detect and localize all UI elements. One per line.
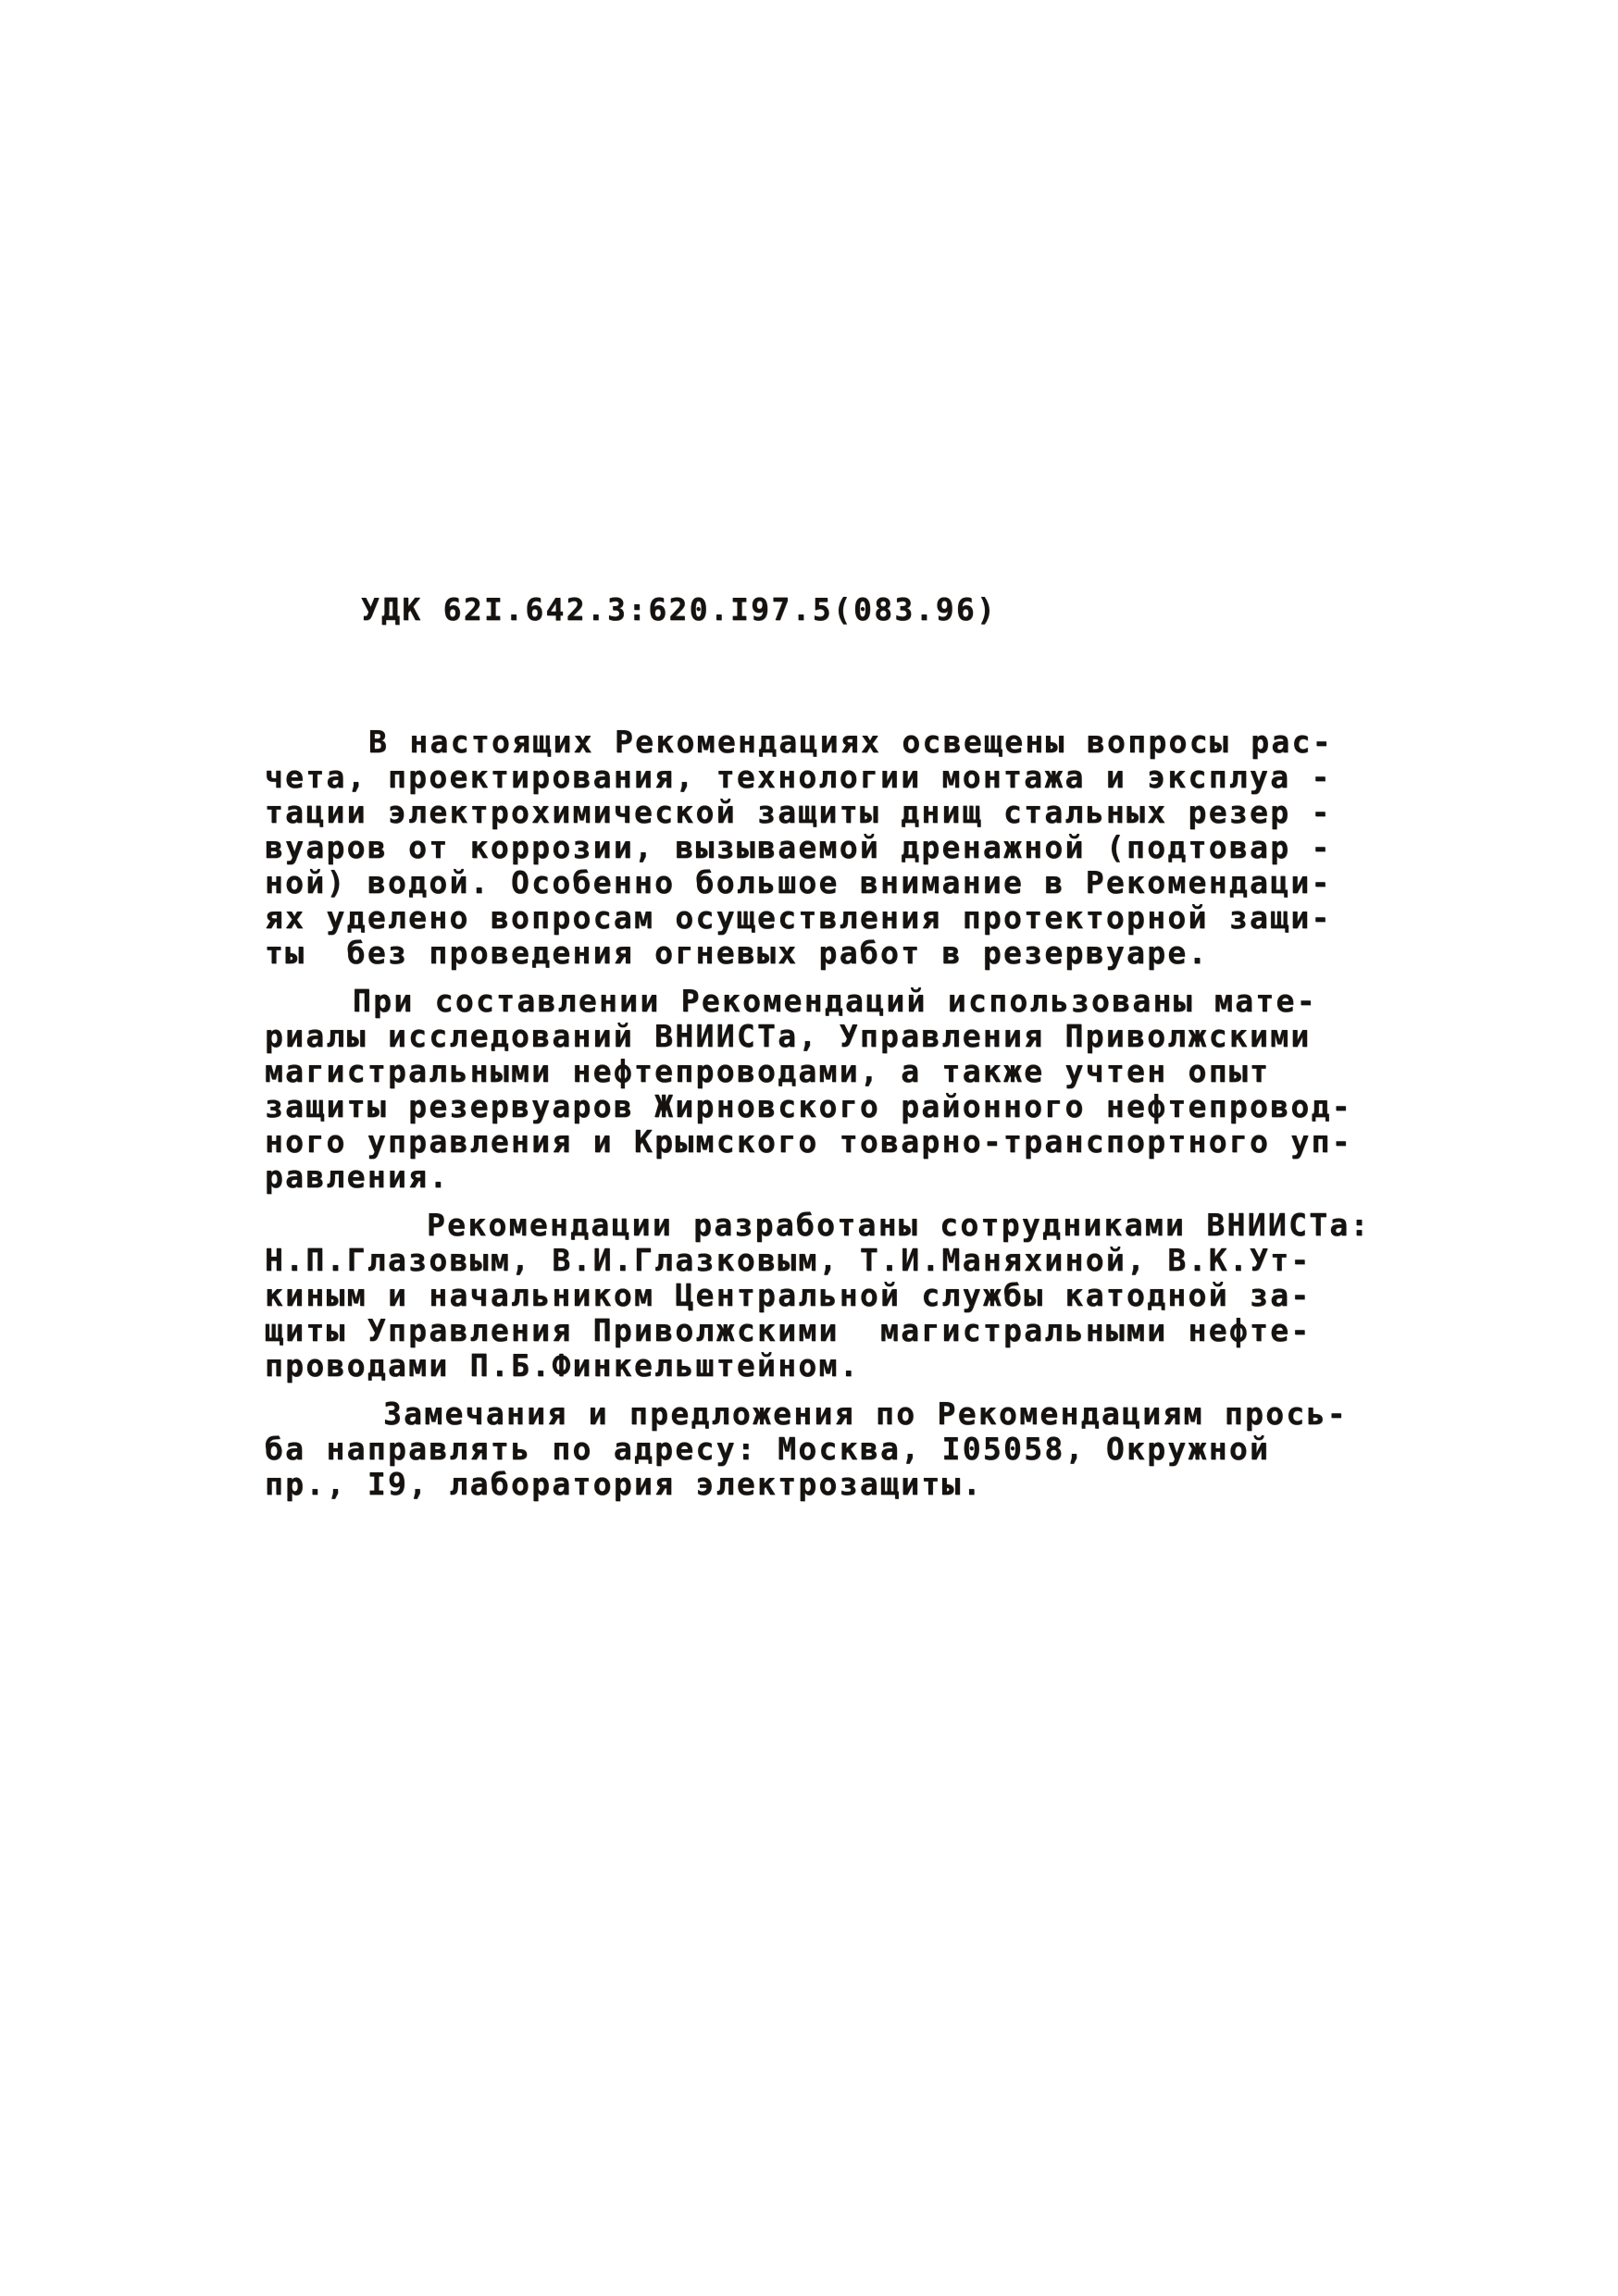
paragraph-abstract: В настоящих Рекомендациях освещены вопро… xyxy=(265,725,1389,971)
udc-classification-line: УДК 62I.642.3:620.I97.5(083.96) xyxy=(361,592,997,627)
paragraph-feedback-address: Замечания и предложения по Рекомендациям… xyxy=(265,1396,1389,1502)
scanned-document-page: УДК 62I.642.3:620.I97.5(083.96) В настоя… xyxy=(0,0,1618,2296)
paragraph-sources: При составлении Рекомендаций использован… xyxy=(265,984,1389,1195)
paragraph-authors: Рекомендации разработаны сотрудниками ВН… xyxy=(265,1208,1389,1384)
document-body: В настоящих Рекомендациях освещены вопро… xyxy=(265,725,1389,1515)
